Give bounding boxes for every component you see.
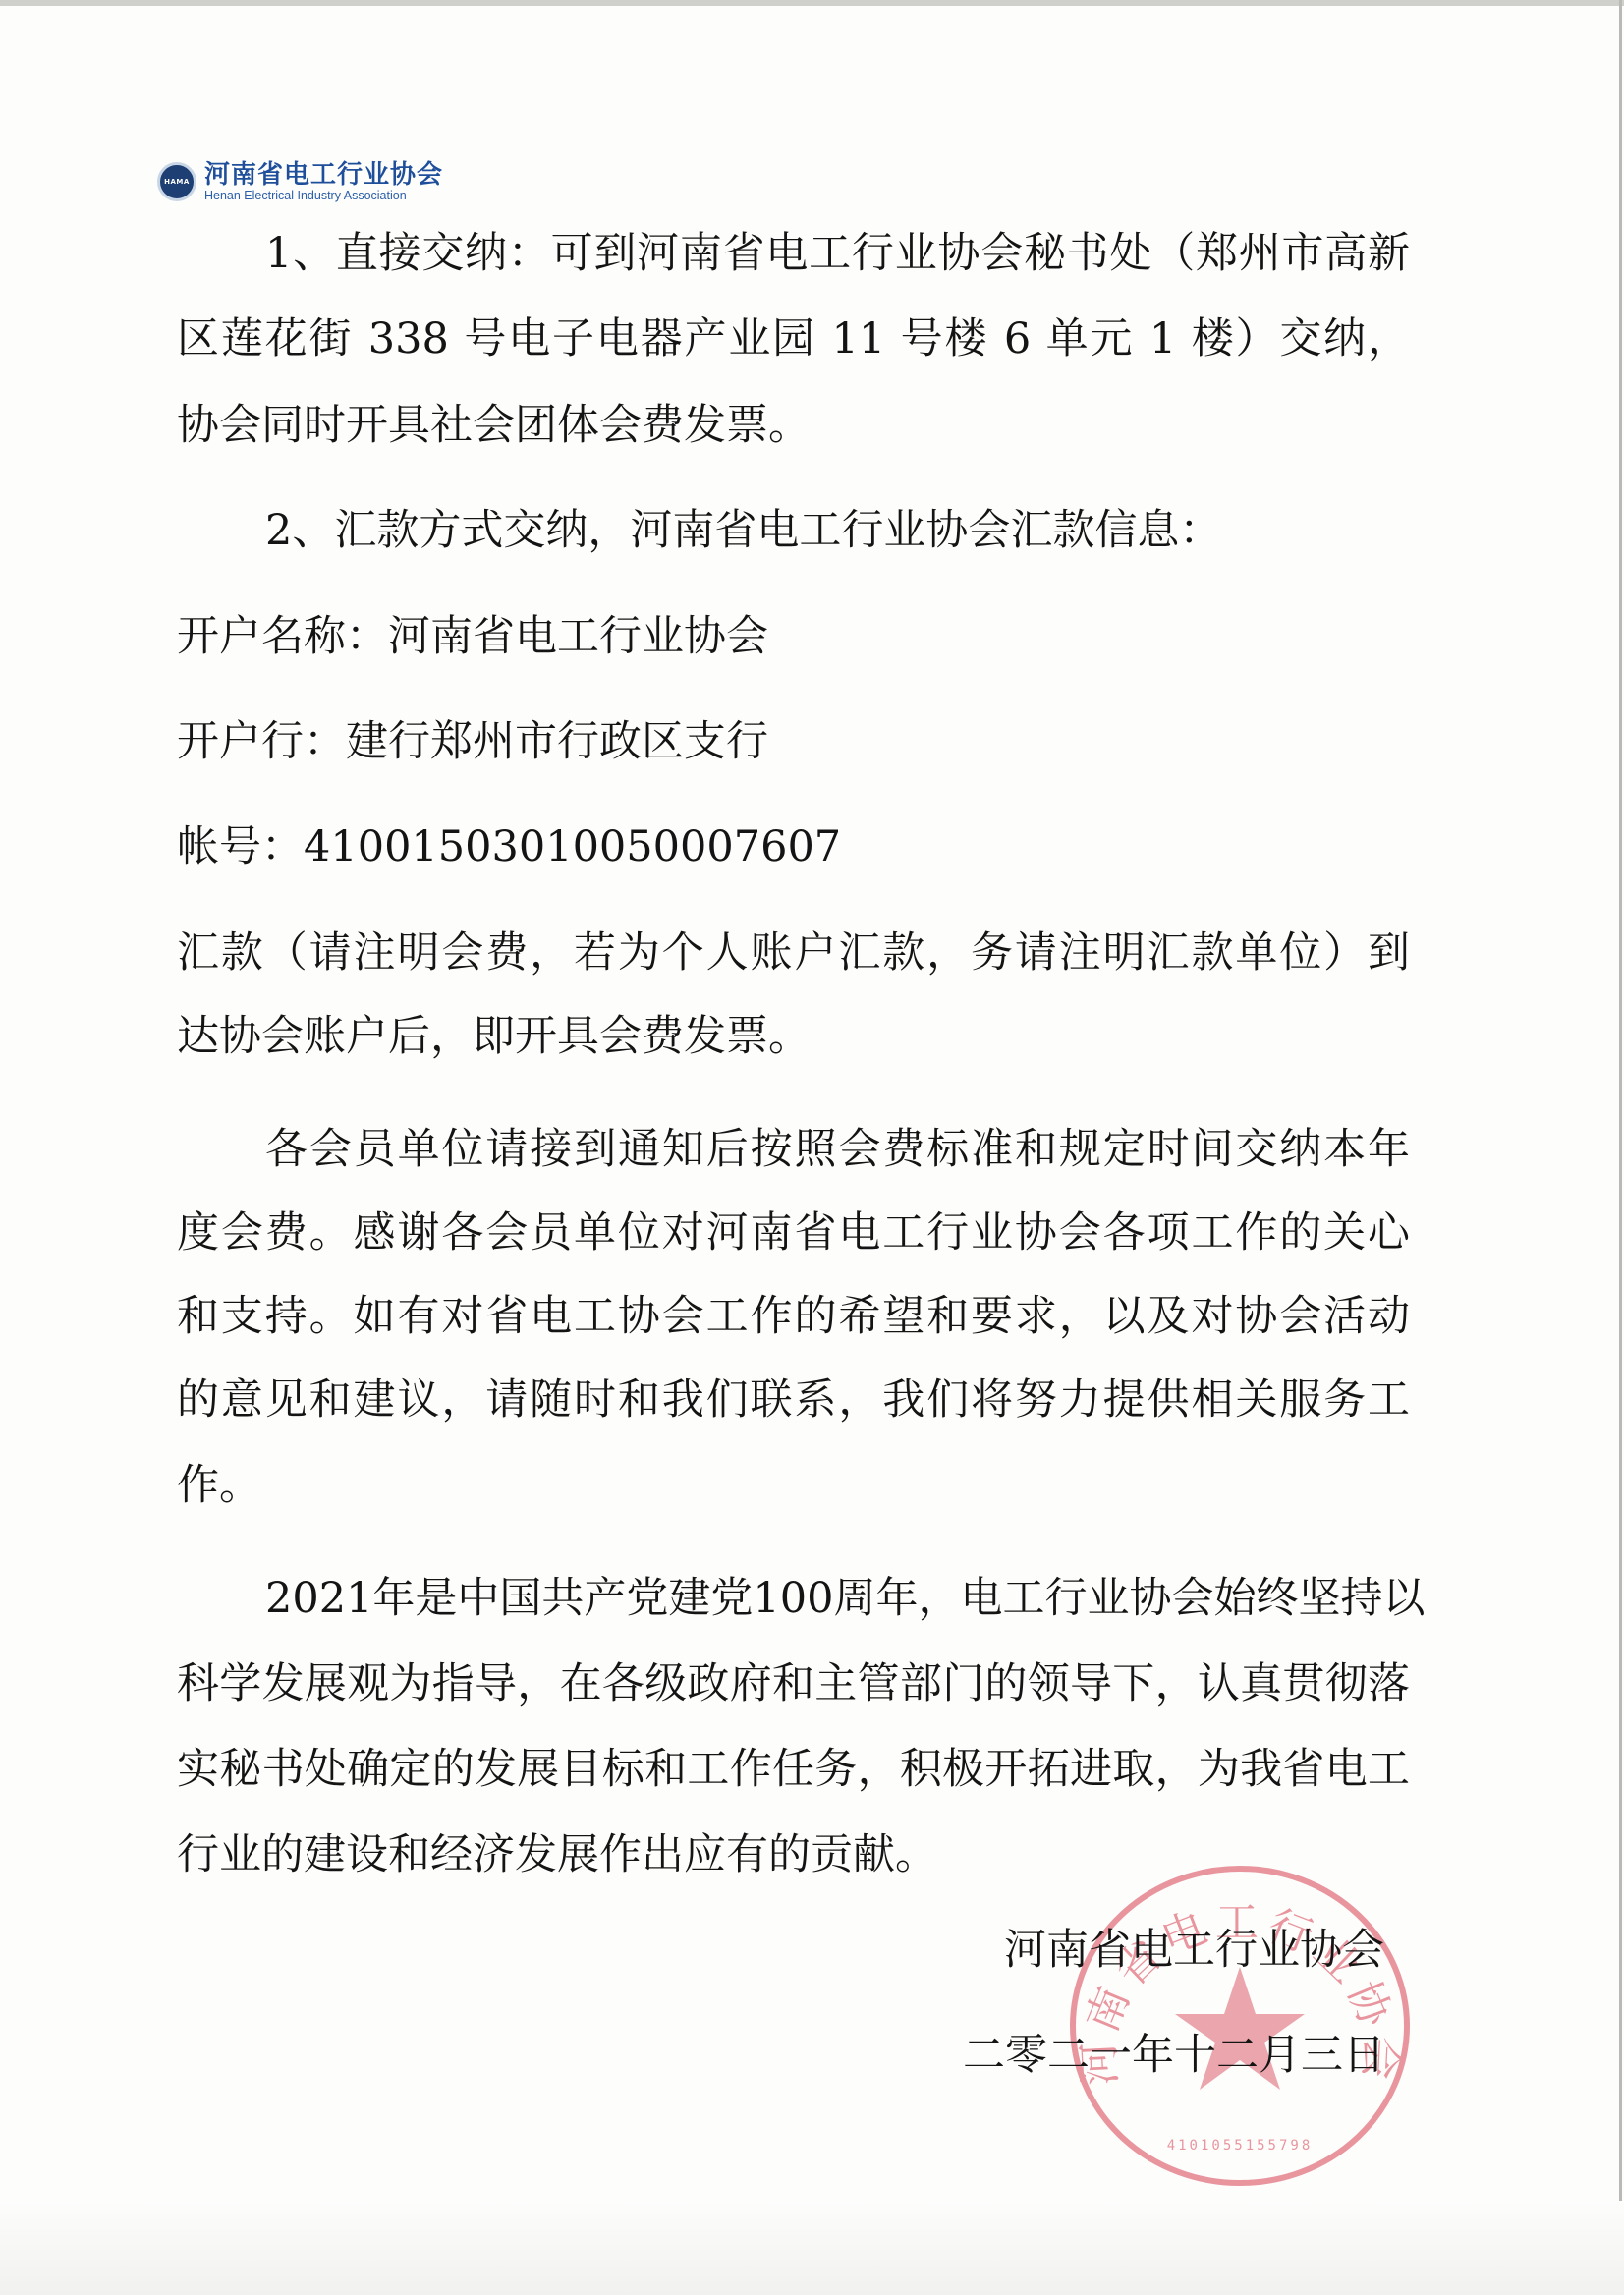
association-emblem-icon: HAMA	[157, 162, 196, 201]
scan-top-edge	[0, 0, 1624, 6]
account-name-row: 开户名称：河南省电工行业协会	[177, 607, 1410, 666]
letterhead-org-name-en: Henan Electrical Industry Association	[204, 189, 443, 202]
scan-bottom-shadow	[0, 2201, 1624, 2295]
letterhead-org-name-cn: 河南省电工行业协会	[204, 161, 443, 189]
account-number-row: 帐号：41001503010050007607	[177, 817, 1410, 876]
closing-line-5: 作。	[177, 1456, 1410, 1515]
anniversary-line-3: 实秘书处确定的发展目标和工作任务，积极开拓进取，为我省电工	[177, 1740, 1410, 1799]
bank-label: 开户行：	[177, 717, 346, 766]
bank-value: 建行郑州市行政区支行	[346, 717, 768, 766]
closing-line-3: 和支持。如有对省电工协会工作的希望和要求，以及对协会活动	[177, 1287, 1410, 1346]
account-number-label: 帐号：	[177, 822, 304, 871]
direct-payment-line-2: 区莲花街 338 号电子电器产业园 11 号楼 6 单元 1 楼）交纳，	[177, 309, 1410, 368]
direct-payment-line-1: 1、直接交纳：可到河南省电工行业协会秘书处（郑州市高新	[177, 224, 1410, 283]
closing-line-2: 度会费。感谢各会员单位对河南省电工行业协会各项工作的关心	[177, 1203, 1410, 1262]
signature-date: 二零二一年十二月三日	[963, 2026, 1385, 2085]
letterhead-logo: HAMA 河南省电工行业协会 Henan Electrical Industry…	[157, 161, 443, 202]
remittance-heading: 2、汇款方式交纳，河南省电工行业协会汇款信息：	[177, 501, 1410, 560]
remittance-note-line-1: 汇款（请注明会费，若为个人账户汇款，务请注明汇款单位）到	[177, 924, 1410, 982]
anniversary-line-2: 科学发展观为指导，在各级政府和主管部门的领导下，认真贯彻落	[177, 1654, 1410, 1713]
anniversary-line-1: 2021年是中国共产党建党100周年，电工行业协会始终坚持以	[177, 1569, 1410, 1628]
letterhead-text: 河南省电工行业协会 Henan Electrical Industry Asso…	[204, 161, 443, 202]
scan-right-edge	[1619, 0, 1622, 2295]
bank-row: 开户行：建行郑州市行政区支行	[177, 712, 1410, 771]
closing-line-1: 各会员单位请接到通知后按照会费标准和规定时间交纳本年	[177, 1120, 1410, 1179]
seal-number: 4101055155798	[1167, 2138, 1314, 2154]
signature-org: 河南省电工行业协会	[1004, 1921, 1384, 1980]
account-name-value: 河南省电工行业协会	[388, 612, 768, 661]
remittance-note-line-2: 达协会账户后，即开具会费发票。	[177, 1007, 1410, 1066]
account-name-label: 开户名称：	[177, 612, 388, 661]
direct-payment-line-3: 协会同时开具社会团体会费发票。	[177, 396, 1410, 455]
account-number-value: 41001503010050007607	[304, 822, 841, 871]
closing-line-4: 的意见和建议，请随时和我们联系，我们将努力提供相关服务工	[177, 1371, 1410, 1429]
